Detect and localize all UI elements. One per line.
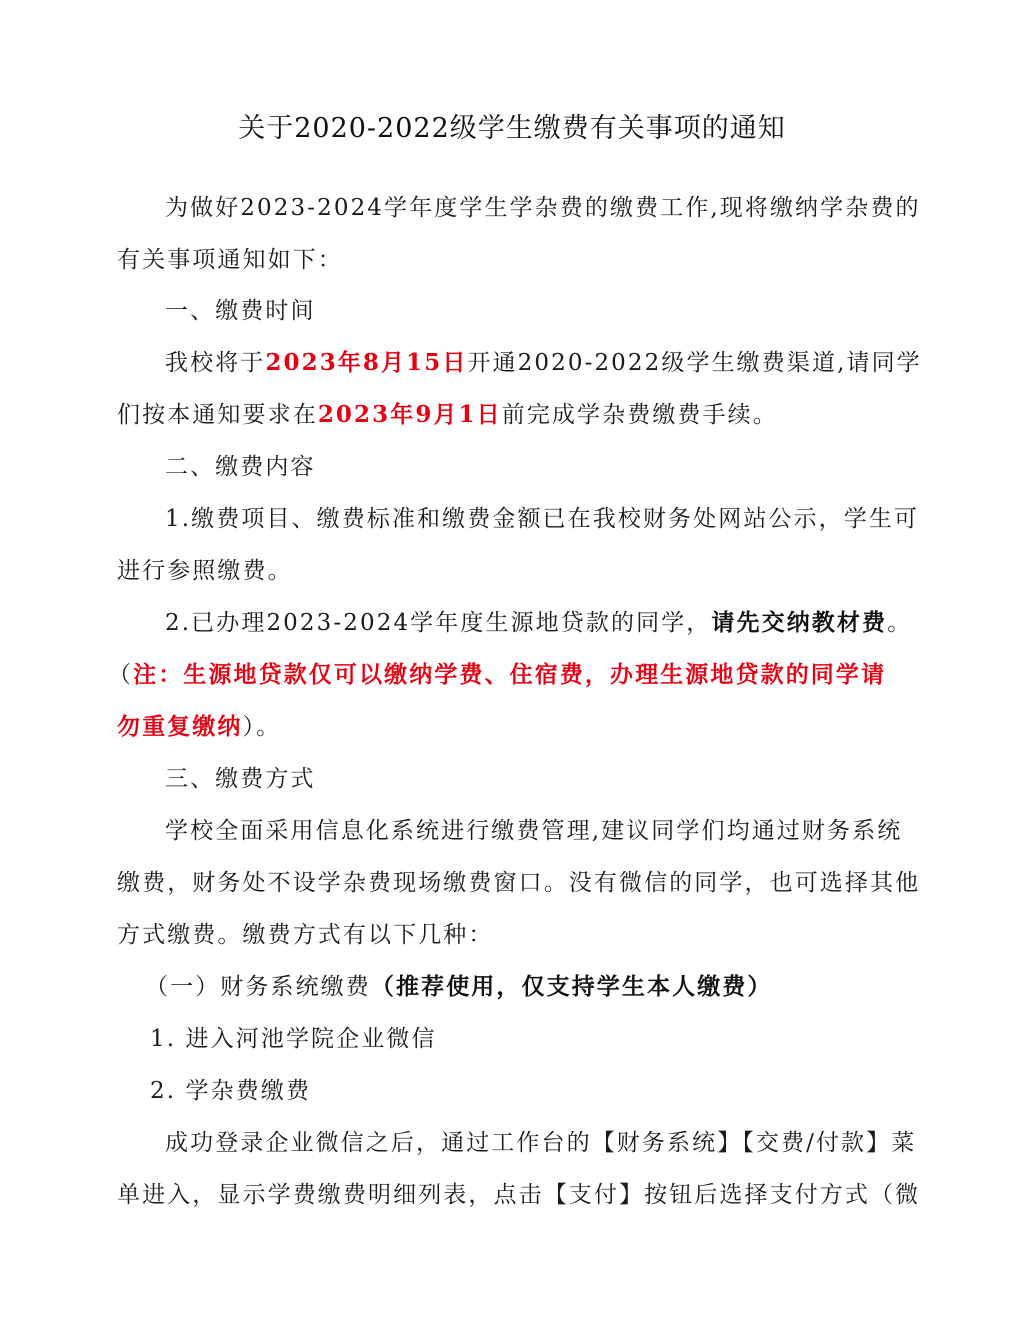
note-line-1: （注：生源地贷款仅可以缴纳学费、住宿费，办理生源地贷款的同学请 bbox=[108, 660, 908, 690]
note-close-paren: ）。 bbox=[243, 714, 282, 740]
document-title: 关于2020-2022级学生缴费有关事项的通知 bbox=[0, 106, 1024, 145]
section1-paragraph-line-1: 我校将于2023年8月15日开通2020-2022级学生缴费渠道,请同学 bbox=[165, 348, 965, 378]
section1-text-b: 开通2020-2022级学生缴费渠道,请同学 bbox=[467, 350, 921, 376]
step-2: 2. 学杂费缴费 bbox=[150, 1076, 950, 1106]
detail-line-1: 成功登录企业微信之后，通过工作台的【财务系统】【交费/付款】菜 bbox=[165, 1128, 965, 1158]
detail-line-2: 单进入，显示学费缴费明细列表，点击【支付】按钮后选择支付方式（微 bbox=[117, 1180, 917, 1210]
section2-item1-line-1: 1.缴费项目、缴费标准和缴费金额已在我校财务处网站公示，学生可 bbox=[165, 504, 965, 534]
section2-heading: 二、缴费内容 bbox=[165, 452, 965, 482]
step-1: 1. 进入河池学院企业微信 bbox=[150, 1024, 950, 1054]
section1-text-a: 我校将于 bbox=[165, 350, 265, 376]
note-line-2: 勿重复缴纳）。 bbox=[117, 712, 917, 742]
note-open-paren: （ bbox=[108, 662, 133, 688]
subsection1-heading: （一）财务系统缴费（推荐使用，仅支持学生本人缴费） bbox=[145, 972, 945, 1002]
subsection1-recommendation: （推荐使用，仅支持学生本人缴费） bbox=[371, 973, 773, 1000]
intro-line-2: 有关事项通知如下： bbox=[117, 245, 917, 275]
section2-item2: 2.已办理2023-2024学年度生源地贷款的同学，请先交纳教材费。 bbox=[165, 608, 965, 638]
section1-text-c: 们按本通知要求在 bbox=[117, 402, 318, 428]
item2-end: 。 bbox=[887, 610, 912, 636]
section1-paragraph-line-2: 们按本通知要求在2023年9月1日前完成学杂费缴费手续。 bbox=[117, 400, 917, 430]
note-text-1: 注：生源地贷款仅可以缴纳学费、住宿费，办理生源地贷款的同学请 bbox=[133, 661, 886, 688]
section1-heading: 一、缴费时间 bbox=[165, 296, 965, 326]
section3-paragraph-line-1: 学校全面采用信息化系统进行缴费管理,建议同学们均通过财务系统 bbox=[165, 816, 965, 846]
document-page: 关于2020-2022级学生缴费有关事项的通知 为做好2023-2024学年度学… bbox=[0, 0, 1024, 1325]
item2-text: 2.已办理2023-2024学年度生源地贷款的同学， bbox=[165, 610, 711, 636]
section3-heading: 三、缴费方式 bbox=[165, 764, 965, 794]
note-text-2: 勿重复缴纳 bbox=[117, 713, 243, 740]
deadline-date: 2023年9月1日 bbox=[318, 401, 502, 428]
subsection1-title: （一）财务系统缴费 bbox=[145, 974, 371, 1000]
item2-bold-text: 请先交纳教材费 bbox=[711, 609, 887, 636]
section2-item1-line-2: 进行参照缴费。 bbox=[117, 556, 917, 586]
section3-paragraph-line-3: 方式缴费。缴费方式有以下几种： bbox=[117, 920, 917, 950]
section1-text-d: 前完成学杂费缴费手续。 bbox=[502, 402, 778, 428]
intro-line-1: 为做好2023-2024学年度学生学杂费的缴费工作,现将缴纳学杂费的 bbox=[165, 193, 965, 223]
section3-paragraph-line-2: 缴费，财务处不设学杂费现场缴费窗口。没有微信的同学，也可选择其他 bbox=[117, 868, 917, 898]
open-date: 2023年8月15日 bbox=[265, 349, 467, 376]
